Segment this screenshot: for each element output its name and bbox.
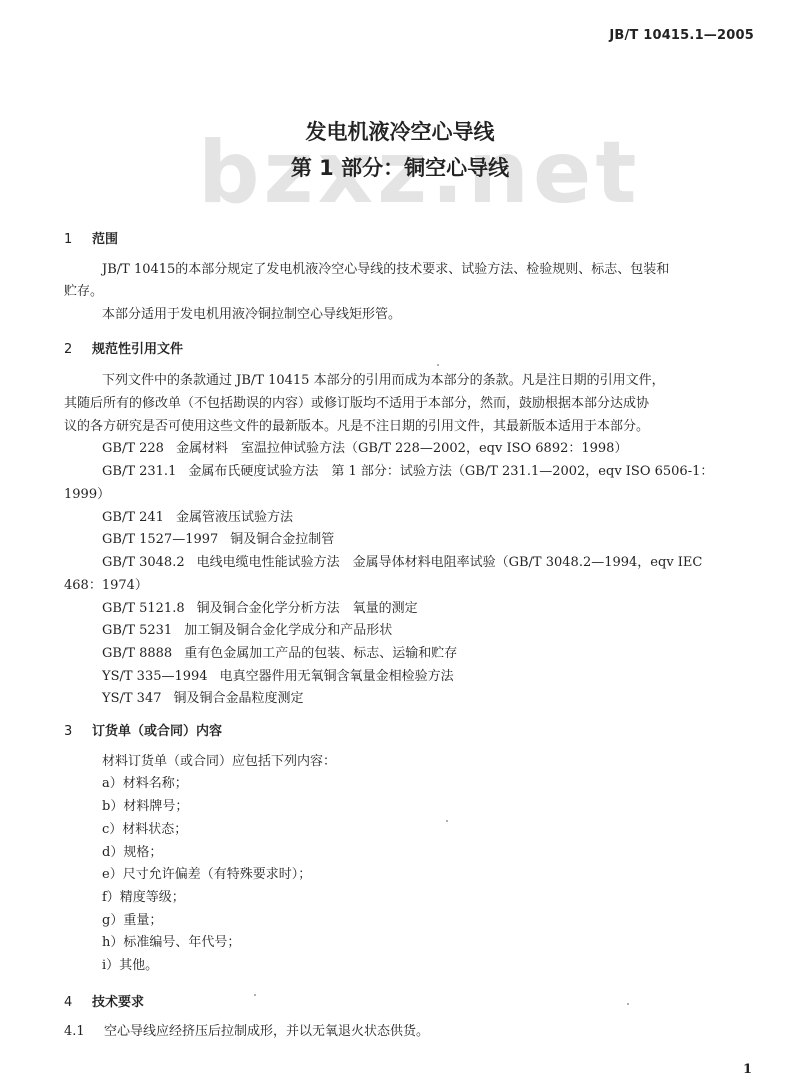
section-3-heading: 3订货单（或合同）内容: [64, 720, 222, 739]
reference-continuation: 1999）: [64, 487, 110, 503]
section-number: 4: [64, 995, 92, 1010]
scan-speck: [254, 994, 256, 996]
reference-title: 铜及铜合金化学分析方法 氧量的测定: [197, 601, 418, 616]
section-number: 1: [64, 232, 92, 247]
order-contents-intro: 材料订货单（或合同）应包括下列内容：: [102, 754, 336, 770]
reference-code: YS/T 335—1994: [102, 669, 208, 685]
reference-code: GB/T 3048.2: [102, 555, 185, 571]
reference-title: 铜及铜合金拉制管: [230, 532, 334, 547]
reference-item: GB/T 241金属管液压试验方法: [102, 510, 293, 526]
reference-code: GB/T 8888: [102, 646, 172, 662]
reference-code: GB/T 228: [102, 441, 164, 457]
standard-number: JB/T 10415.1—2005: [609, 28, 754, 43]
clause-text: 空心导线应经挤压后拉制成形，并以无氧退火状态供货。: [104, 1024, 429, 1039]
scope-applicability: 本部分适用于发电机用液冷铜拉制空心导线矩形管。: [102, 307, 401, 323]
reference-title: 加工铜及铜合金化学成分和产品形状: [184, 623, 392, 638]
order-item: a）材料名称；: [102, 776, 188, 792]
page-number: 1: [743, 1062, 752, 1077]
order-item: c）材料状态；: [102, 822, 187, 838]
section-title: 订货单（或合同）内容: [92, 724, 222, 739]
scan-speck: [627, 1003, 629, 1005]
order-item: d）规格；: [102, 845, 162, 861]
reference-title: 电真空器件用无氧铜含氧量金相检验方法: [220, 669, 454, 684]
reference-item: GB/T 231.1金属布氏硬度试验方法 第 1 部分：试验方法（GB/T 23…: [102, 464, 713, 480]
order-item: b）材料牌号；: [102, 799, 188, 815]
reference-item: GB/T 5231加工铜及铜合金化学成分和产品形状: [102, 623, 392, 639]
reference-title: 重有色金属加工产品的包装、标志、运输和贮存: [184, 646, 457, 661]
section-title: 规范性引用文件: [92, 342, 183, 357]
section-4-heading: 4技术要求: [64, 991, 144, 1010]
reference-item: GB/T 5121.8铜及铜合金化学分析方法 氧量的测定: [102, 601, 418, 617]
reference-item: GB/T 228金属材料 室温拉伸试验方法（GB/T 228—2002，eqv …: [102, 441, 627, 457]
reference-code: YS/T 347: [102, 691, 161, 707]
section-title: 范围: [92, 232, 118, 247]
reference-item: YS/T 335—1994电真空器件用无氧铜含氧量金相检验方法: [102, 669, 454, 685]
section-2-heading: 2规范性引用文件: [64, 338, 183, 357]
order-item: i）其他。: [102, 958, 158, 974]
order-item: h）标准编号、年代号；: [102, 935, 240, 951]
reference-title: 电线电缆电性能试验方法 金属导体材料电阻率试验（GB/T 3048.2—1994…: [197, 555, 703, 570]
reference-code: GB/T 1527—1997: [102, 532, 218, 548]
reference-title: 金属管液压试验方法: [176, 510, 293, 525]
references-intro-line: 其随后所有的修改单（不包括勘误的内容）或修订版均不适用于本部分，然而，鼓励根据本…: [64, 396, 649, 412]
document-title: 发电机液冷空心导线: [0, 116, 800, 146]
scope-paragraph-line: JB/T 10415的本部分规定了发电机液冷空心导线的技术要求、试验方法、检验规…: [102, 262, 669, 278]
reference-title: 金属材料 室温拉伸试验方法（GB/T 228—2002，eqv ISO 6892…: [176, 441, 628, 456]
reference-item: YS/T 347铜及铜合金晶粒度测定: [102, 691, 304, 707]
clause-4-1: 4.1空心导线应经挤压后拉制成形，并以无氧退火状态供货。: [64, 1024, 429, 1040]
scope-paragraph-line: 贮存。: [64, 284, 103, 300]
section-number: 2: [64, 342, 92, 357]
reference-title: 铜及铜合金晶粒度测定: [173, 691, 303, 706]
clause-number: 4.1: [64, 1024, 104, 1040]
order-item: f）精度等级；: [102, 890, 185, 906]
reference-item: GB/T 1527—1997铜及铜合金拉制管: [102, 532, 334, 548]
reference-code: GB/T 5231: [102, 623, 172, 639]
scan-speck: [446, 820, 448, 822]
references-intro-line: 议的各方研究是否可使用这些文件的最新版本。凡是不注日期的引用文件，其最新版本适用…: [64, 419, 649, 435]
section-number: 3: [64, 724, 92, 739]
reference-code: GB/T 5121.8: [102, 601, 185, 617]
section-title: 技术要求: [92, 995, 144, 1010]
reference-continuation: 468：1974）: [64, 578, 148, 594]
reference-code: GB/T 241: [102, 510, 164, 526]
scan-speck: [437, 364, 439, 366]
order-item: g）重量；: [102, 913, 162, 929]
references-intro-line: 下列文件中的条款通过 JB/T 10415 本部分的引用而成为本部分的条款。凡是…: [102, 373, 665, 389]
section-1-heading: 1范围: [64, 228, 118, 247]
reference-item: GB/T 8888重有色金属加工产品的包装、标志、运输和贮存: [102, 646, 457, 662]
reference-title: 金属布氏硬度试验方法 第 1 部分：试验方法（GB/T 231.1—2002，e…: [188, 464, 713, 479]
document-subtitle: 第 1 部分：铜空心导线: [0, 152, 800, 182]
reference-item: GB/T 3048.2电线电缆电性能试验方法 金属导体材料电阻率试验（GB/T …: [102, 555, 702, 571]
order-item: e）尺寸允许偏差（有特殊要求时）；: [102, 867, 311, 883]
reference-code: GB/T 231.1: [102, 464, 176, 480]
